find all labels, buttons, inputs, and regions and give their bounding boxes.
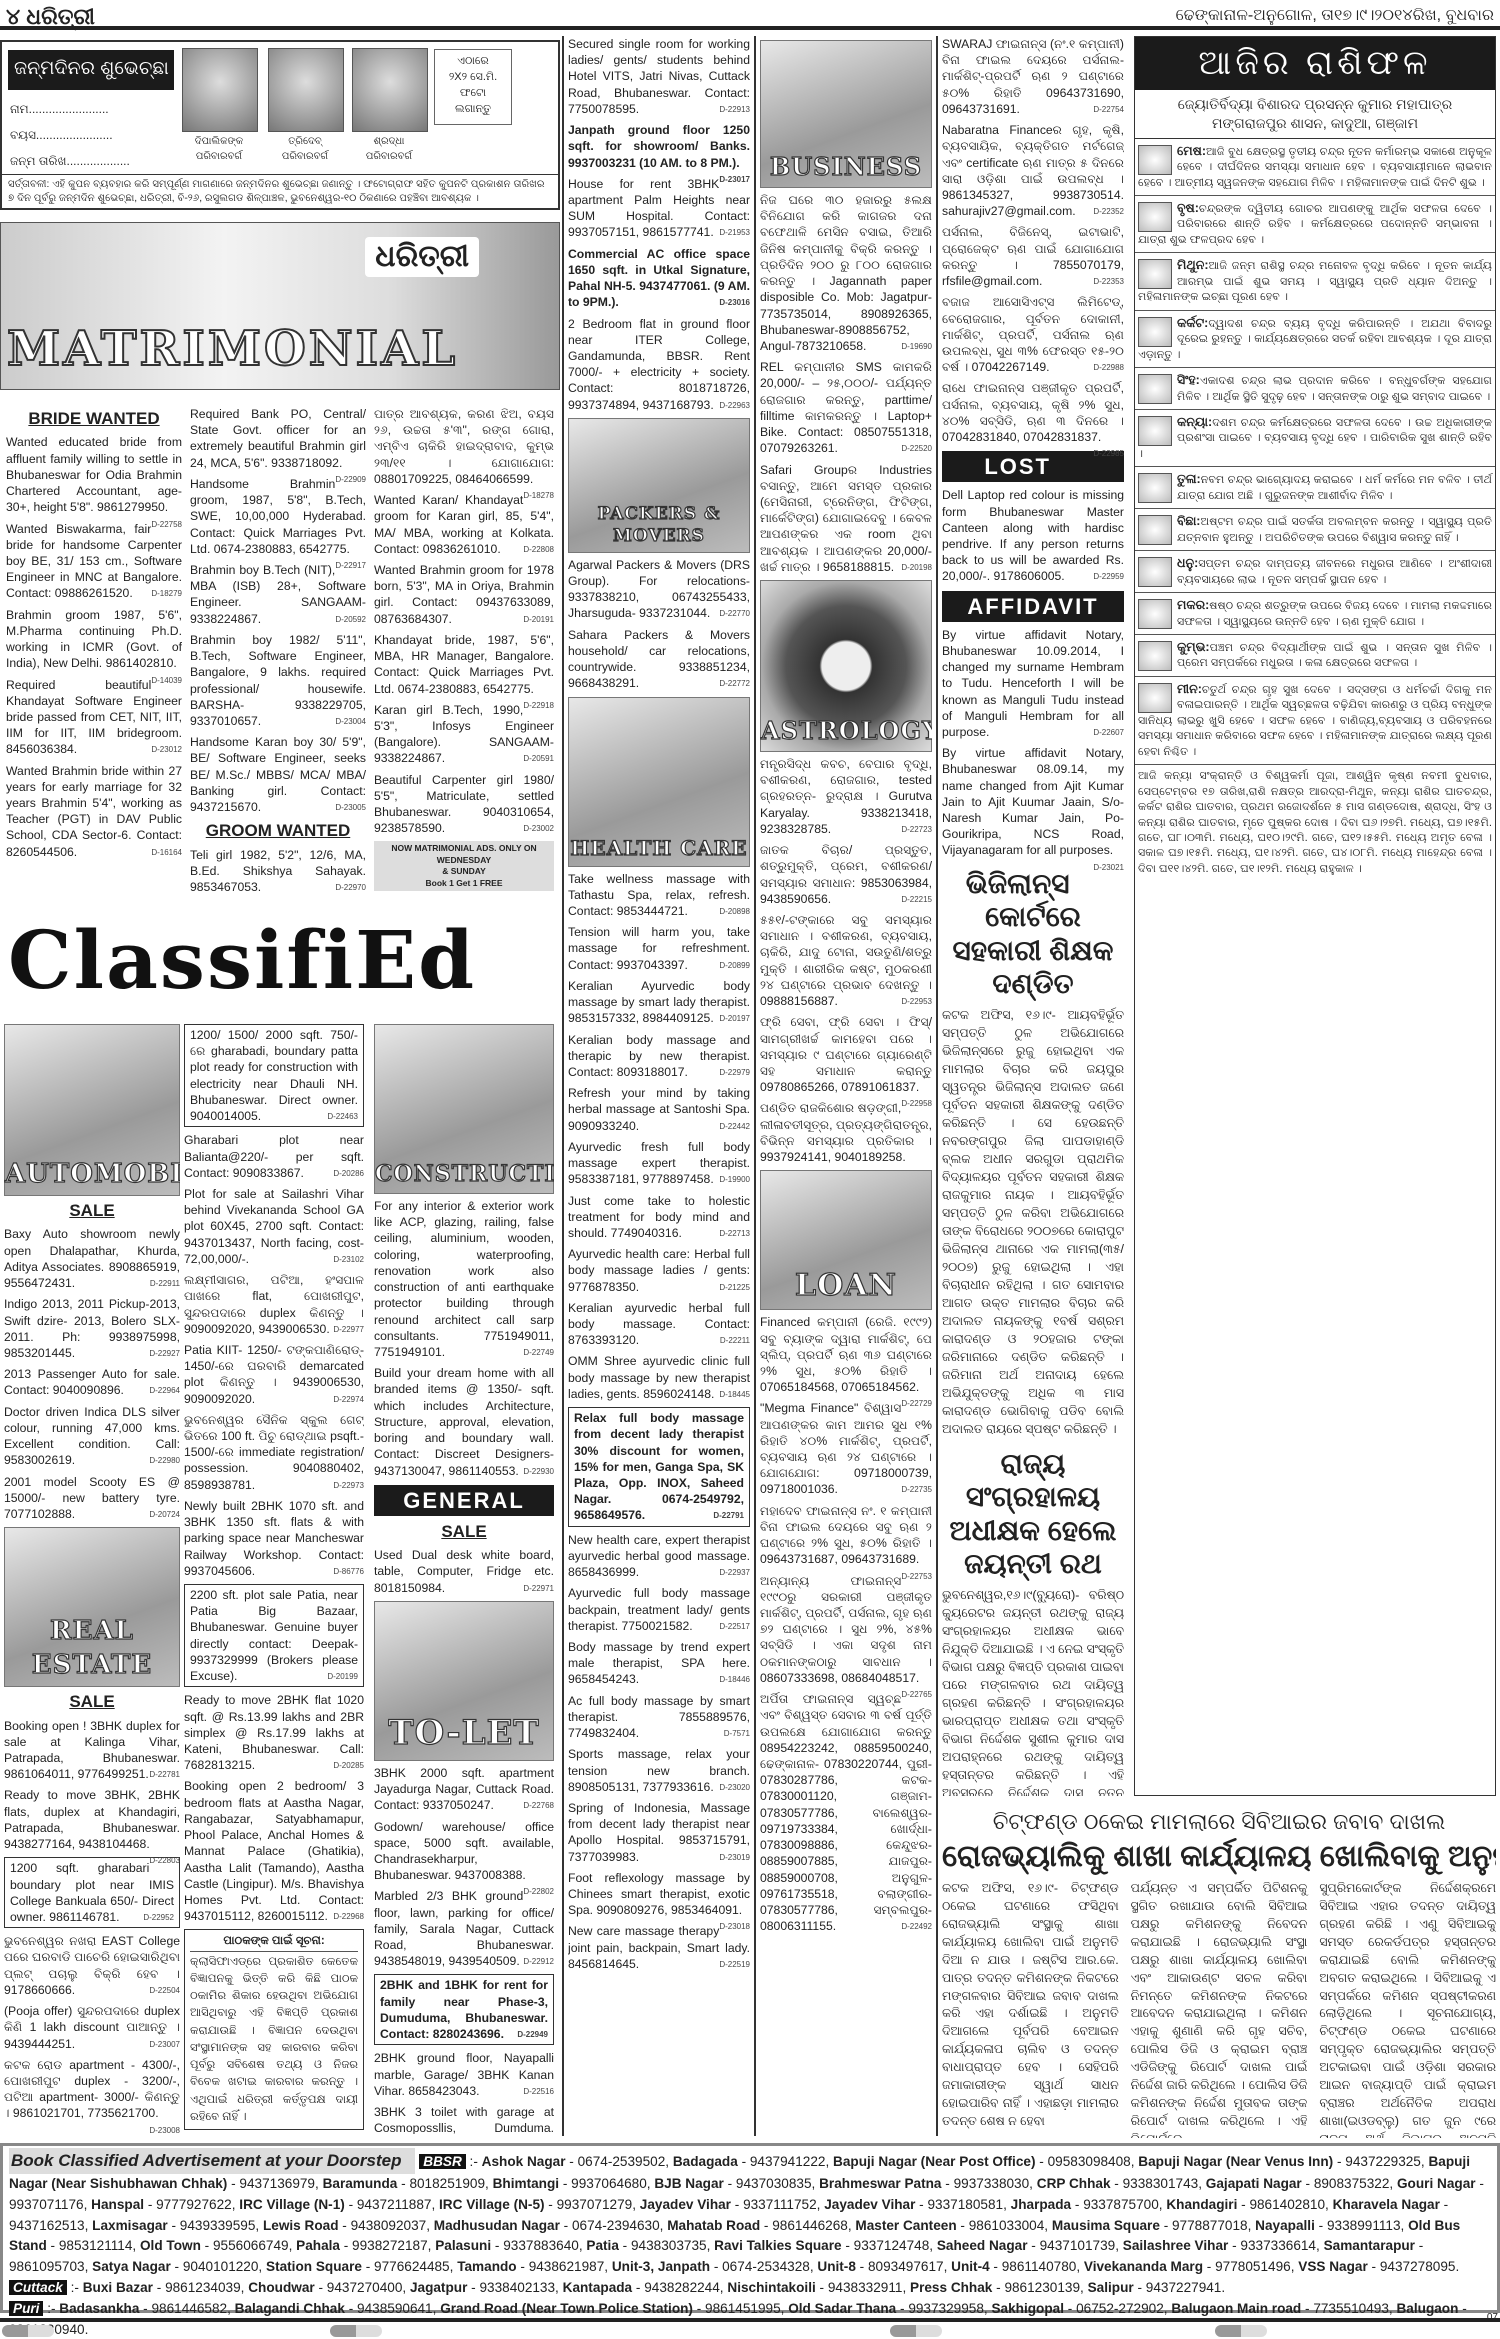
classified-ad: Used Dual desk white board, table, Compu… xyxy=(374,1547,554,1596)
classified-ad: Wanted Brahmin bride within 27 years for… xyxy=(6,763,182,860)
registration-mark xyxy=(1215,2325,1267,2337)
booking-listings: BBSR :- Ashok Nagar - 0674-2539502, Bada… xyxy=(9,2154,1484,2337)
booking-location: VSS Nagar xyxy=(1298,2259,1368,2274)
business-astrology-loan-column: BUSINESS ନିଜ ଘରେ ୩୦ ହଜାରରୁ ୫ଲକ୍ଷ ବିନିଯୋଗ… xyxy=(760,40,932,2135)
registration-mark xyxy=(330,2325,382,2337)
classified-ad: House for rent 3BHK apartment Palm Heigh… xyxy=(568,176,750,241)
booking-location: Master Canteen xyxy=(855,2218,956,2233)
zodiac-aries: ମେଷ:ଆଜି ବୁଧ କ୍ଷେତ୍ରସ୍ଥ ତୃତୀୟ ଚନ୍ଦ୍ର ନୂତନ… xyxy=(1135,139,1495,196)
column-divider xyxy=(936,36,938,2136)
classified-ad: Take wellness massage with Tathastu Spa,… xyxy=(568,871,750,920)
booking-location: Badasankha xyxy=(59,2301,139,2316)
zodiac-aquarius: କୁମ୍ଭ:ପଞ୍ଚମ ଚନ୍ଦ୍ର ବିଦ୍ୟାର୍ଥୀଙ୍କ ପାଇଁ ଶୁ… xyxy=(1135,635,1495,677)
booking-location: Unit-8 xyxy=(817,2259,856,2274)
section-heading: SALE xyxy=(4,1200,180,1222)
classified-ad: ଫ୍ରି ସେବା, ଫ୍ରି ସେବା । ଫିସ୍/ ସାମଗ୍ରୀଖର୍ଚ… xyxy=(760,1014,932,1095)
booking-location: Pahala xyxy=(296,2238,340,2253)
classified-ad: Ayurvedic fresh full body massage expert… xyxy=(568,1139,750,1188)
booking-location: Gajapati Nagar xyxy=(1206,2176,1302,2191)
booking-location: Nischintakoili xyxy=(727,2280,815,2295)
classified-ad: Brahmin groom 1987, 5'6", M.Pharma conti… xyxy=(6,607,182,672)
booking-location: Bhimtangi xyxy=(493,2176,559,2191)
page-header: ୪ ଧରିତ୍ରୀ ଢେଙ୍କାନାଳ-ଅନୁଗୋଳ, ତା୧୭।୯।୨୦୧୪ର… xyxy=(0,0,1500,30)
name-field: ନାମ........................ xyxy=(10,102,109,118)
classified-ad: 2BHK ground floor, Nayapalli marble, Gar… xyxy=(374,2050,554,2099)
classified-ad: Tension will harm you, take massage for … xyxy=(568,924,750,973)
classified-ad: Required Bank PO, Central/ State Govt. o… xyxy=(190,406,366,471)
leo-icon xyxy=(1138,374,1172,404)
booking-location: Grand Road (Near Town Police Station) xyxy=(440,2301,693,2316)
construction-image: CONSTRUCTION xyxy=(374,1024,554,1194)
classified-ad: Doctor driven Indica DLS silver colour, … xyxy=(4,1404,180,1469)
classified-ad: 3BHK 2000 sqft. apartment Jayadurga Naga… xyxy=(374,1765,554,1814)
taurus-icon xyxy=(1138,202,1172,232)
child-caption: ତ୍ରିଦେବ୍ପରିବାରବର୍ଗ xyxy=(260,134,350,164)
booking-location: Old Sadar Thana xyxy=(788,2301,896,2316)
classified-ad: ଭୁବନେଶ୍ୱର ସୈନିକ ସ୍କୁଲ ଗେଟ୍ ଭିତରେ 100 ft.… xyxy=(184,1412,364,1493)
zodiac-virgo: କନ୍ୟା:ଦଶମ ଚନ୍ଦ୍ର କର୍ମକ୍ଷେତ୍ରରେ ସଫଳତା ଦେବ… xyxy=(1135,410,1495,467)
booking-location: Lewis Road xyxy=(263,2218,339,2233)
classified-ad: ମନ୍ତ୍ରସିଦ୍ଧ କବଚ, ବେପାର ବୃଦ୍ଧି, ବଶୀକରଣ, ର… xyxy=(760,756,932,837)
classified-ad: Just come take to holestic treatment for… xyxy=(568,1193,750,1242)
general-heading: GENERAL xyxy=(374,1485,554,1516)
booking-location: Khandagiri xyxy=(1166,2197,1237,2212)
region-tag: Cuttack xyxy=(9,2280,67,2295)
classified-ad: SWARAJ ଫାଇନାନ୍ସ (ନଂ.୧ କମ୍ପାନୀ) ବିନା ଫାଇଲ… xyxy=(942,36,1124,117)
booking-location: Patia xyxy=(586,2238,619,2253)
promo-notice: NOW MATRIMONIAL ADS. ONLY ONWEDNESDAY& S… xyxy=(374,841,554,891)
booking-title: Book Classified Advertisement at your Do… xyxy=(9,2148,415,2174)
classified-ad: Ayurvedic full body massage backpain, tr… xyxy=(568,1585,750,1634)
classified-ad: Beautiful Carpenter girl 1980/ 5'5", Mat… xyxy=(374,772,554,837)
classified-ad: Wanted Karan/ Khandayat groom for Karan … xyxy=(374,492,554,557)
classified-ad: Spring of Indonesia, Massage from decent… xyxy=(568,1800,750,1865)
zodiac-leo: ସିଂହ:ଏକାଦଶ ଚନ୍ଦ୍ର ଲାଭ ପ୍ରଦାନ କରିବେ । ବନ୍… xyxy=(1135,368,1495,410)
classified-ad: ବଜାଜ ଆସୋସିଏଟ୍‌ସ ଲିମିଟେଡ୍, ବେରୋଜଗାର, ପୂର୍… xyxy=(942,294,1124,375)
booking-location: IRC Village (N-1) xyxy=(239,2197,345,2212)
page-number: 07 xyxy=(1487,2311,1498,2324)
classified-ad: ପଣ୍ଡିତ ରାଜକିଶୋର ଷଡ଼ଙ୍ଗୀ, ଲୀଳାବତୀସୂତ୍ର, ପ… xyxy=(760,1100,932,1165)
booking-directory: Book Classified Advertisement at your Do… xyxy=(0,2143,1500,2313)
classified-ad: Teli girl 1982, 5'2", 12/6, MA, B.Ed. Sh… xyxy=(190,847,366,896)
classified-ad: Secured single room for working ladies/ … xyxy=(568,36,750,117)
classified-ad: Wanted Biswakarma, fair bride for handso… xyxy=(6,521,182,602)
classified-ad: Handsome Karan boy 30/ 5'9", BE/ Softwar… xyxy=(190,734,366,815)
child-caption: ଦିପାଲିକଙ୍କପରିବାରବର୍ଗ xyxy=(174,134,264,164)
zodiac-pisces: ମୀନ:ଚତୁର୍ଥ ଚନ୍ଦ୍ର ଗୃହ ସୁଖ ଦେବେ । ସଦ୍‌ସଙ୍… xyxy=(1135,677,1495,765)
classified-ad: ପାତ୍ର ଆବଶ୍ୟକ, କରଣ ଝିଅ, ବୟସ ୨୬, ଉଚ୍ଚତା ୫'… xyxy=(374,406,554,487)
booking-location: Choudwar xyxy=(248,2280,314,2295)
classified-ad: Ayurvedic health care: Herbal full body … xyxy=(568,1246,750,1295)
classified-ad: 2013 Passenger Auto for sale. Contact: 9… xyxy=(4,1366,180,1398)
news-body: ସୁପ୍ରିମକୋର୍ଟଙ୍କ ନିର୍ଦ୍ଦେଶକ୍ରମେ ସିବିଆଇ ଏହ… xyxy=(1319,1880,1496,2138)
classified-ad: Baxy Auto showroom newly open Dhalapatha… xyxy=(4,1226,180,1291)
classified-ad: ଅର୍ପିତା ଫାଇନାନ୍ସ ସ୍ୱଚ୍ଛ ଏବଂ ବିଶ୍ୱସ୍ତ ସେବ… xyxy=(760,1691,932,1934)
construction-general-column: CONSTRUCTION For any interior & exterior… xyxy=(374,1024,554,2134)
almanac: ଆଜି କନ୍ୟା ସଂକ୍ରାନ୍ତି ଓ ବିଶ୍ୱକର୍ମା ପୂଜା, … xyxy=(1135,765,1495,881)
child-photo xyxy=(182,48,258,132)
classified-ad: By virtue affidavit Notary, Bhubaneswar … xyxy=(942,627,1124,741)
region-tag: Puri xyxy=(9,2301,43,2316)
booking-location: Badagada xyxy=(673,2154,738,2169)
packers-movers-image: PACKERS & MOVERS xyxy=(568,418,750,553)
readers-notice: ପାଠକଙ୍କ ପାଇଁ ସୂଚନା: କ୍ଲାସିଫାଏଡ୍‌ରେ ପ୍ରକା… xyxy=(184,1929,364,2130)
booking-location: Unit-4 xyxy=(951,2259,990,2274)
capricorn-icon xyxy=(1138,599,1172,629)
finance-news-column: SWARAJ ଫାଇନାନ୍ସ (ନଂ.୧ କମ୍ପାନୀ) ବିନା ଫାଇଲ… xyxy=(942,36,1124,1796)
booking-location: Samantarapur xyxy=(1324,2238,1415,2253)
classified-ad: 2BHK and 1BHK for rent for family near P… xyxy=(374,1974,554,2045)
news-headline: ରାଜ୍ୟ ସଂଗ୍ରହାଳୟ ଅଧୀକ୍ଷକ ହେଲେ ଜୟନ୍ତୀ ରଥ xyxy=(942,1447,1124,1581)
booking-location: Palasuni xyxy=(435,2238,491,2253)
classified-ad: "Megma Finance" ବିଶ୍ୱାସ ଆପଣଙ୍କର କାମ ଆମର … xyxy=(760,1400,932,1497)
scorpio-icon xyxy=(1138,515,1172,545)
matrimonial-column-3: ପାତ୍ର ଆବଶ୍ୟକ, କରଣ ଝିଅ, ବୟସ ୨୬, ଉଚ୍ଚତା ୫'… xyxy=(374,406,554,904)
news-body: କଟକ ଅଫିସ, ୧୬।୯- ଚିଟ୍‌ଫଣ୍ଡ ଠକେଇ ଘଟଣାରେ ଫସ… xyxy=(942,1880,1119,2138)
classified-ad: Body massage by trend expert male therap… xyxy=(568,1639,750,1688)
classified-ad: Keralian Ayurvedic body massage by smart… xyxy=(568,978,750,1027)
classified-banner: ClassifiEd xyxy=(0,910,560,1010)
classified-ad: Newly built 2BHK 1070 sft. and 3BHK 1350… xyxy=(184,1498,364,1579)
classified-ad: Ready to move 3BHK, 2BHK flats, duplex a… xyxy=(4,1787,180,1852)
zodiac-taurus: ବୃଷ:ଚନ୍ଦ୍ରଙ୍କ ଦ୍ୱିତୀୟ ଗୋଚର ଆପଣଙ୍କୁ ଆର୍ଥି… xyxy=(1135,196,1495,253)
automobile-image: AUTOMOBILE xyxy=(4,1024,180,1196)
news-body: କଟକ ଅଫିସ, ୧୬।୯- ଆୟବହିର୍ଭୂତ ସମ୍ପତ୍ତି ଠୁଳ … xyxy=(942,1007,1124,1439)
column-divider xyxy=(754,36,756,2136)
child-caption: ଶ୍ରଦ୍ଧାପରିବାରବର୍ଗ xyxy=(344,134,434,164)
column-divider xyxy=(562,36,564,2136)
classified-ad: Plot for sale at Sailashri Vihar behind … xyxy=(184,1186,364,1267)
booking-location: Kharavela Nagar xyxy=(1333,2197,1440,2212)
cancer-icon xyxy=(1138,317,1172,347)
gemini-icon xyxy=(1138,259,1172,289)
classified-ad: Booking open 2 bedroom/ 3 bedroom flats … xyxy=(184,1778,364,1924)
booking-location: Jayadev Vihar xyxy=(640,2197,731,2212)
child-photo xyxy=(352,48,428,132)
classified-ad: Indigo 2013, 2011 Pickup-2013, Swift dzi… xyxy=(4,1296,180,1361)
booking-location: Hanspal xyxy=(91,2197,144,2212)
booking-location: Ashok Nagar xyxy=(482,2154,566,2169)
booking-location: Gouri Nagar xyxy=(1397,2176,1476,2191)
booking-location: Bapuji Nagar (Near Venus Inn) xyxy=(1138,2154,1333,2169)
classified-ad: Relax full body massage from decent lady… xyxy=(568,1407,750,1527)
matrimonial-banner: ଧରିତ୍ରୀ MATRIMONIAL xyxy=(0,222,560,390)
booking-location: IRC Village (N-5) xyxy=(439,2197,545,2212)
to-let-image: TO-LET xyxy=(374,1601,554,1761)
classified-ad: Required beautiful Khandayat Software En… xyxy=(6,677,182,758)
classified-ad: Khandayat bride, 1987, 5'6", MBA, HR Man… xyxy=(374,632,554,697)
classified-ad: Gharabari plot near Balianta@220/- per s… xyxy=(184,1132,364,1181)
classified-ad: ୫୫୧/-ଟଙ୍କାରେ ସବୁ ସମସ୍ୟାର ସମାଧାନ । ବଶୀକରଣ… xyxy=(760,912,932,1009)
astrologer-info: ଜ୍ୟୋତିର୍ବିଦ୍ୟା ବିଶାରଦ ପ୍ରସନ୍ନ କୁମାର ମହାପ… xyxy=(1135,90,1495,139)
libra-icon xyxy=(1138,473,1172,503)
booking-location: Ravi Talkies Square xyxy=(714,2238,841,2253)
classified-ad: Janpath ground floor 1250 sqft. for show… xyxy=(568,122,750,171)
booking-location: Old Town xyxy=(140,2238,201,2253)
page-number-masthead: ୪ ଧରିତ୍ରୀ xyxy=(6,2,95,31)
classified-ad: Refresh your mind by taking herbal massa… xyxy=(568,1085,750,1134)
classified-ad: Sahara Packers & Movers household/ car r… xyxy=(568,627,750,692)
footer-rule xyxy=(0,2318,1500,2322)
booking-location: Unit-3, Janpath xyxy=(612,2259,710,2274)
business-image: BUSINESS xyxy=(760,40,932,188)
classified-ad: Agarwal Packers & Movers (DRS Group). Fo… xyxy=(568,557,750,622)
booking-location: Buxi Bazar xyxy=(83,2280,153,2295)
registration-mark xyxy=(890,2325,942,2337)
classified-ad: Financed କମ୍ପାନୀ (ରେଜି. ୧୯୯୨) ସବୁ ବ୍ୟାଙ୍… xyxy=(760,1314,932,1395)
zodiac-capricorn: ମକର:ଷଷ୍ଠ ଚନ୍ଦ୍ର ଶତ୍ରୁଙ୍କ ଉପରେ ବିଜୟ ଦେବେ … xyxy=(1135,593,1495,635)
classified-ad: Build your dream home with all branded i… xyxy=(374,1365,554,1479)
classified-ad: Ac full body massage by smart therapist.… xyxy=(568,1693,750,1742)
classified-ad: Handsome Brahmin groom, 1987, 5'8", B.Te… xyxy=(190,476,366,557)
news-kicker: ଚିଟ୍‌ଫଣ୍ଡ ଠକେଇ ମାମଲାରେ ସିବିଆଇର ଜବାବ ଦାଖଲ xyxy=(942,1808,1496,1837)
automobile-realestate-column: AUTOMOBILE SALE Baxy Auto showroom newly… xyxy=(4,1024,180,2134)
booking-location: Baramunda xyxy=(323,2176,398,2191)
child-photo xyxy=(268,48,344,132)
region-tag: BBSR xyxy=(419,2154,466,2169)
age-field: ବୟସ....................... xyxy=(10,128,113,144)
birthday-title: ଜନ୍ମଦିନର ଶୁଭେଚ୍ଛା xyxy=(8,50,174,90)
matrimonial-column-2: Required Bank PO, Central/ State Govt. o… xyxy=(190,406,366,904)
booking-location: Jayadev Vihar xyxy=(824,2197,915,2212)
booking-location: Balugaon xyxy=(1396,2301,1458,2316)
classified-ad: 1200/ 1500/ 2000 sqft. 750/- ରେ gharabad… xyxy=(184,1024,364,1127)
booking-location: Sakhigopal xyxy=(991,2301,1064,2316)
booking-location: Tamando xyxy=(457,2259,516,2274)
booking-location: Madhusudan Nagar xyxy=(434,2218,560,2233)
booking-location: Station Square xyxy=(266,2259,362,2274)
classified-ad: OMM Shree ayurvedic clinic full body mas… xyxy=(568,1353,750,1402)
classified-ad: Brahmin boy 1982/ 5'11", B.Tech, Softwar… xyxy=(190,632,366,729)
classified-ad: REL କମ୍ପାନୀର SMS କାମକରି 20,000/- – ୨୫,୦୦… xyxy=(760,359,932,456)
classified-ad: Patia KIIT- 1250/- ଟଙ୍କପାଣିରୋଡ୍- 1450/-ର… xyxy=(184,1342,364,1407)
virgo-icon xyxy=(1138,416,1172,446)
classified-ad: 2200 sft. plot sale Patia, near Patia Bi… xyxy=(184,1584,364,1687)
classified-ad: (Pooja offer) ସୁନ୍ଦରପଦାରେ duplex କିଣି 1 … xyxy=(4,2003,180,2052)
booking-location: Kantapada xyxy=(563,2280,633,2295)
sagittarius-icon xyxy=(1138,557,1172,587)
booking-location: Balagandi Chhak xyxy=(235,2301,345,2316)
chitfund-story: ଚିଟ୍‌ଫଣ୍ଡ ଠକେଇ ମାମଲାରେ ସିବିଆଇର ଜବାବ ଦାଖଲ… xyxy=(942,1808,1496,2138)
coupon-terms: ସର୍ତ୍ତାବଳୀ: ଏହି କୁପନ ବ୍ୟବହାର କରି ସମ୍ପୂର୍… xyxy=(2,174,558,210)
section-heading: SALE xyxy=(374,1521,554,1543)
classified-ad: କଟକ ରୋଡ apartment - 4300/-, ପୋଖରୀପୁଟ dup… xyxy=(4,2057,180,2122)
classified-ad: New health care, expert therapist ayurve… xyxy=(568,1532,750,1581)
section-heading: BRIDE WANTED xyxy=(6,408,182,430)
horoscope-section: ଆଜିର ରାଶିଫଳ ଜ୍ୟୋତିର୍ବିଦ୍ୟା ବିଶାରଦ ପ୍ରସନ୍… xyxy=(1134,36,1496,1796)
classified-ad: Keralian body massage and therapic by ne… xyxy=(568,1032,750,1081)
classified-ad: ରାଧେ ଫାଇନାନ୍ସ ପଞ୍ଜୀକୃତ ପ୍ରପର୍ଟି, ପର୍ସନାଲ… xyxy=(942,380,1124,445)
bride-wanted-column: BRIDE WANTED Wanted educated bride from … xyxy=(6,404,182,904)
booking-location: Jharpada xyxy=(1011,2197,1071,2212)
classified-ad: Godown/ warehouse/ office space, 5000 sq… xyxy=(374,1819,554,1884)
booking-location: Bapuji Nagar (Near Post Office) xyxy=(833,2154,1035,2169)
rent-health-column: Secured single room for working ladies/ … xyxy=(568,36,750,2136)
loan-image: LOAN xyxy=(760,1170,932,1310)
classified-ad: Safari Groupର Industries ବସାନ୍ତୁ, ଆମେ ସମ… xyxy=(760,462,932,576)
booking-location: Satya Nagar xyxy=(92,2259,171,2274)
zodiac-cancer: କର୍କଟ:ଦ୍ୱାଦଶ ଚନ୍ଦ୍ର ବ୍ୟୟ ବୃଦ୍ଧି କରିପାରନ୍… xyxy=(1135,311,1495,368)
dob-field: ଜନ୍ମ ତାରିଖ................... xyxy=(10,154,130,170)
classified-ad: ପର୍ସନାଲ, ବିଜିନେସ୍, ଇଟାଭାଟି, ପ୍ରୋଜେକ୍ଟ ଋଣ… xyxy=(942,224,1124,289)
booking-location: Press Chhak xyxy=(910,2280,992,2295)
affidavit-heading: AFFIDAVIT xyxy=(942,591,1124,622)
classified-ad: By virtue affidavit Notary, Bhubaneswar … xyxy=(942,745,1124,859)
registration-mark xyxy=(2,2325,54,2337)
classified-ad: Foot reflexology massage by Chinees smar… xyxy=(568,1870,750,1919)
booking-location: Vivekananda Marg xyxy=(1084,2259,1203,2274)
classified-ad: ଅନ୍ୟାନ୍ୟ ଫାଇନାନ୍ସ ୧୯୯୦ରୁ ସରକାରୀ ପଞ୍ଜୀକୃତ… xyxy=(760,1573,932,1687)
classified-ad: 3BHK 3 toilet with garage at Cosmopossll… xyxy=(374,2104,554,2134)
booking-location: Balugaon Main road xyxy=(1171,2301,1301,2316)
matrimonial-title: MATRIMONIAL xyxy=(7,318,458,381)
horoscope-title: ଆଜିର ରାଶିଫଳ xyxy=(1135,37,1495,90)
classified-ad: Booking open ! 3BHK duplex for sale at K… xyxy=(4,1718,180,1783)
classified-ad: Commercial AC office space 1650 sqft. in… xyxy=(568,246,750,311)
zodiac-libra: ତୁଳା:ନବମ ଚନ୍ଦ୍ର ଭାଗ୍ୟୋଦୟ କରାଇବେ । ଧର୍ମ କ… xyxy=(1135,467,1495,509)
zodiac-sagittarius: ଧନୁ:ସପ୍ତମ ଚନ୍ଦ୍ର ଦାମ୍ପତ୍ୟ ଜୀବନରେ ମଧୁରତା … xyxy=(1135,551,1495,593)
dharitri-logo: ଧରିତ୍ରୀ xyxy=(365,237,479,277)
booking-location: CRP Chhak xyxy=(1037,2176,1111,2191)
classified-ad: ନିଜ ଘରେ ୩୦ ହଜାରରୁ ୫ଲକ୍ଷ ବିନିଯୋଗ କରି କାଗଜ… xyxy=(760,192,932,354)
zodiac-scorpio: ବିଛା:ଅଷ୍ଟମ ଚନ୍ଦ୍ର ପାଇଁ ସତର୍କତା ଅବଲମ୍ବନ କ… xyxy=(1135,509,1495,551)
booking-location: Salipur xyxy=(1088,2280,1134,2295)
classified-ad: Dell Laptop red colour is missing form B… xyxy=(942,487,1124,584)
classified-ad: Keralian ayurvedic herbal full body mass… xyxy=(568,1300,750,1349)
section-heading: GROOM WANTED xyxy=(190,820,366,842)
classified-ad: Nabaratna Financeର ଗୃହ, କୃଷି, ବ୍ୟବସାୟିକ,… xyxy=(942,122,1124,219)
booking-location: Laxmisagar xyxy=(92,2218,168,2233)
news-headline: ରୋଜଭ୍ୟାଲିକୁ ଶାଖା କାର୍ଯ୍ୟାଳୟ ଖୋଲିବାକୁ ଅନୁ… xyxy=(942,1837,1496,1876)
booking-location: Brahmeswar Patna xyxy=(819,2176,941,2191)
aries-icon xyxy=(1138,145,1172,175)
classified-ad: 1200 sqft. gharabari boundary plot near … xyxy=(4,1857,180,1928)
booking-location: Mausima Square xyxy=(1052,2218,1160,2233)
classified-ad: Brahmin boy B.Tech (NIT), MBA (ISB) 28+,… xyxy=(190,562,366,627)
classified-ad: Karan girl B.Tech, 1990, 5'3", Infosys E… xyxy=(374,702,554,767)
zodiac-gemini: ମିଥୁନ:ଆଜି ଜନ୍ମ ରାଶିସ୍ଥ ଚନ୍ଦ୍ର ମନୋବଳ ବୃଦ୍… xyxy=(1135,253,1495,310)
classified-ad: ଜାତକ ବିଚାର/ ପ୍ରସ୍ତୁତ, ଶତ୍ରୁମୁକ୍ତି, ପ୍ରେମ… xyxy=(760,842,932,907)
birthday-coupon: ଜନ୍ମଦିନର ଶୁଭେଚ୍ଛା ନାମ...................… xyxy=(0,40,560,210)
booking-location: Jagatpur xyxy=(410,2280,467,2295)
health-care-image: HEALTH CARE xyxy=(568,697,750,867)
booking-location: Sailashree Vihar xyxy=(1123,2238,1229,2253)
booking-location: Saheed Nagar xyxy=(937,2238,1028,2253)
classified-ad: 2001 model Scooty ES @ 15000/- new batte… xyxy=(4,1474,180,1523)
booking-location: BJB Nagar xyxy=(654,2176,724,2191)
aquarius-icon xyxy=(1138,641,1172,671)
classified-ad: Wanted Brahmin groom for 1978 born, 5'3"… xyxy=(374,562,554,627)
real-estate-image: REAL ESTATE xyxy=(4,1527,180,1687)
classified-ad: Sports massage, relax your tension new b… xyxy=(568,1746,750,1795)
astrology-image: ASTROLOGY xyxy=(760,580,932,752)
plots-column: 1200/ 1500/ 2000 sqft. 750/- ରେ gharabad… xyxy=(184,1024,364,2134)
dateline: ଢେଙ୍କାନାଳ-ଅନୁଗୋଳ, ତା୧୭।୯।୨୦୧୪ରିଖ, ବୁଧବାର xyxy=(1176,5,1494,26)
booking-location: Nayapalli xyxy=(1255,2218,1315,2233)
classified-ad: Wanted educated bride from affluent fami… xyxy=(6,434,182,515)
news-body: ପର୍ଯ୍ୟନ୍ତ ଏ ସମ୍ପର୍କିତ ପିଟିଶନକୁ ସ୍ଥଗିତ ରଖ… xyxy=(1131,1880,1308,2138)
section-heading: SALE xyxy=(4,1691,180,1713)
classified-ad: 2 Bedroom flat in ground floor near ITER… xyxy=(568,316,750,413)
photo-placeholder: ଏଠାରେ୨X୨ ସେ.ମି.ଫଟୋଲଗାନ୍ତୁ xyxy=(434,49,512,125)
pisces-icon xyxy=(1138,683,1172,713)
classified-ad: ଲକ୍ଷ୍ମୀସାଗର, ପଟିଆ, ହଂସପାଳ ପାଖରେ flat, ପୋ… xyxy=(184,1272,364,1337)
news-body: ଭୁବନେଶ୍ୱର,୧୬।୯(ବ୍ୟୁରୋ)- ବରିଷ୍ଠ କ୍ୟୁରେଟର … xyxy=(942,1587,1124,1796)
booking-location: Mahatab Road xyxy=(667,2218,760,2233)
classified-ad: ଭୁବନେଶ୍ୱର ନଖରା EAST College ପରେ ଘରବାଡି ପ… xyxy=(4,1933,180,1998)
classified-ad: For any interior & exterior work like AC… xyxy=(374,1198,554,1360)
classified-ad: Ready to move 2BHK flat 1020 sqft. @ Rs.… xyxy=(184,1692,364,1773)
classified-ad: ମହାଦେବ ଫାଇନାନ୍ସ ନଂ. ୧ କମ୍ପାନୀ ବିନା ଫାଇଲ … xyxy=(760,1503,932,1568)
news-headline: ଭିଜିଲାନ୍ସ କୋର୍ଟରେ ସହକାରୀ ଶିକ୍ଷକ ଦଣ୍ଡିତ xyxy=(942,867,1124,1001)
classified-ad: Marbled 2/3 BHK ground floor, lawn, park… xyxy=(374,1888,554,1969)
